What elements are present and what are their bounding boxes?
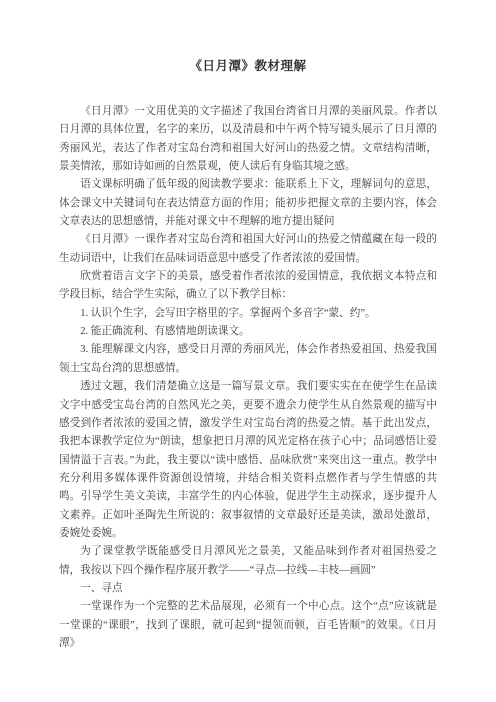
- document-title: 《日月潭》教材理解: [59, 58, 437, 75]
- goal-item-1: 1. 认识个生字，会写田字格里的字。掌握两个多音字“蒙、约”。: [59, 305, 437, 323]
- document-page: 《日月潭》教材理解 《日月潭》一文用优美的文字描述了我国台湾省日月潭的美丽风景。…: [0, 0, 496, 702]
- goal-item-3: 3. 能理解课文内容，感受日月潭的秀丽风光，体会作者热爱祖国、热爱我国领土宝岛台…: [59, 341, 437, 378]
- goal-item-2: 2. 能正确流利、有感情地朗读课文。: [59, 323, 437, 341]
- paragraph-keyan: 一堂课作为一个完整的艺术品展现，必须有一个中心点。这个“点”应该就是一堂课的“课…: [59, 598, 437, 653]
- paragraph-curriculum: 语文课标明确了低年级的阅读教学要求：能联系上下文，理解词句的意思，体会课文中关键…: [59, 176, 437, 231]
- paragraph-intro: 《日月潭》一文用优美的文字描述了我国台湾省日月潭的美丽风景。作者以日月潭的具体位…: [59, 103, 437, 176]
- paragraph-method: 透过文题，我们清楚确立这是一篇写景文章。我们要实实在在使学生在品读文字中感受宝岛…: [59, 378, 437, 543]
- paragraph-goals-lead: 欣赏着语言文字下的美景，感受着作者浓浓的爱国情意，我依据文本特点和学段目标，结合…: [59, 268, 437, 305]
- paragraph-emotion: 《日月潭》一课作者对宝岛台湾和祖国大好河山的热爱之情蕴藏在每一段的生动词语中，让…: [59, 231, 437, 268]
- paragraph-procedure: 为了课堂教学既能感受日月潭风光之景美，又能品味到作者对祖国热爱之情，我按以下四个…: [59, 543, 437, 580]
- section-heading-xundian: 一、寻点: [59, 580, 437, 598]
